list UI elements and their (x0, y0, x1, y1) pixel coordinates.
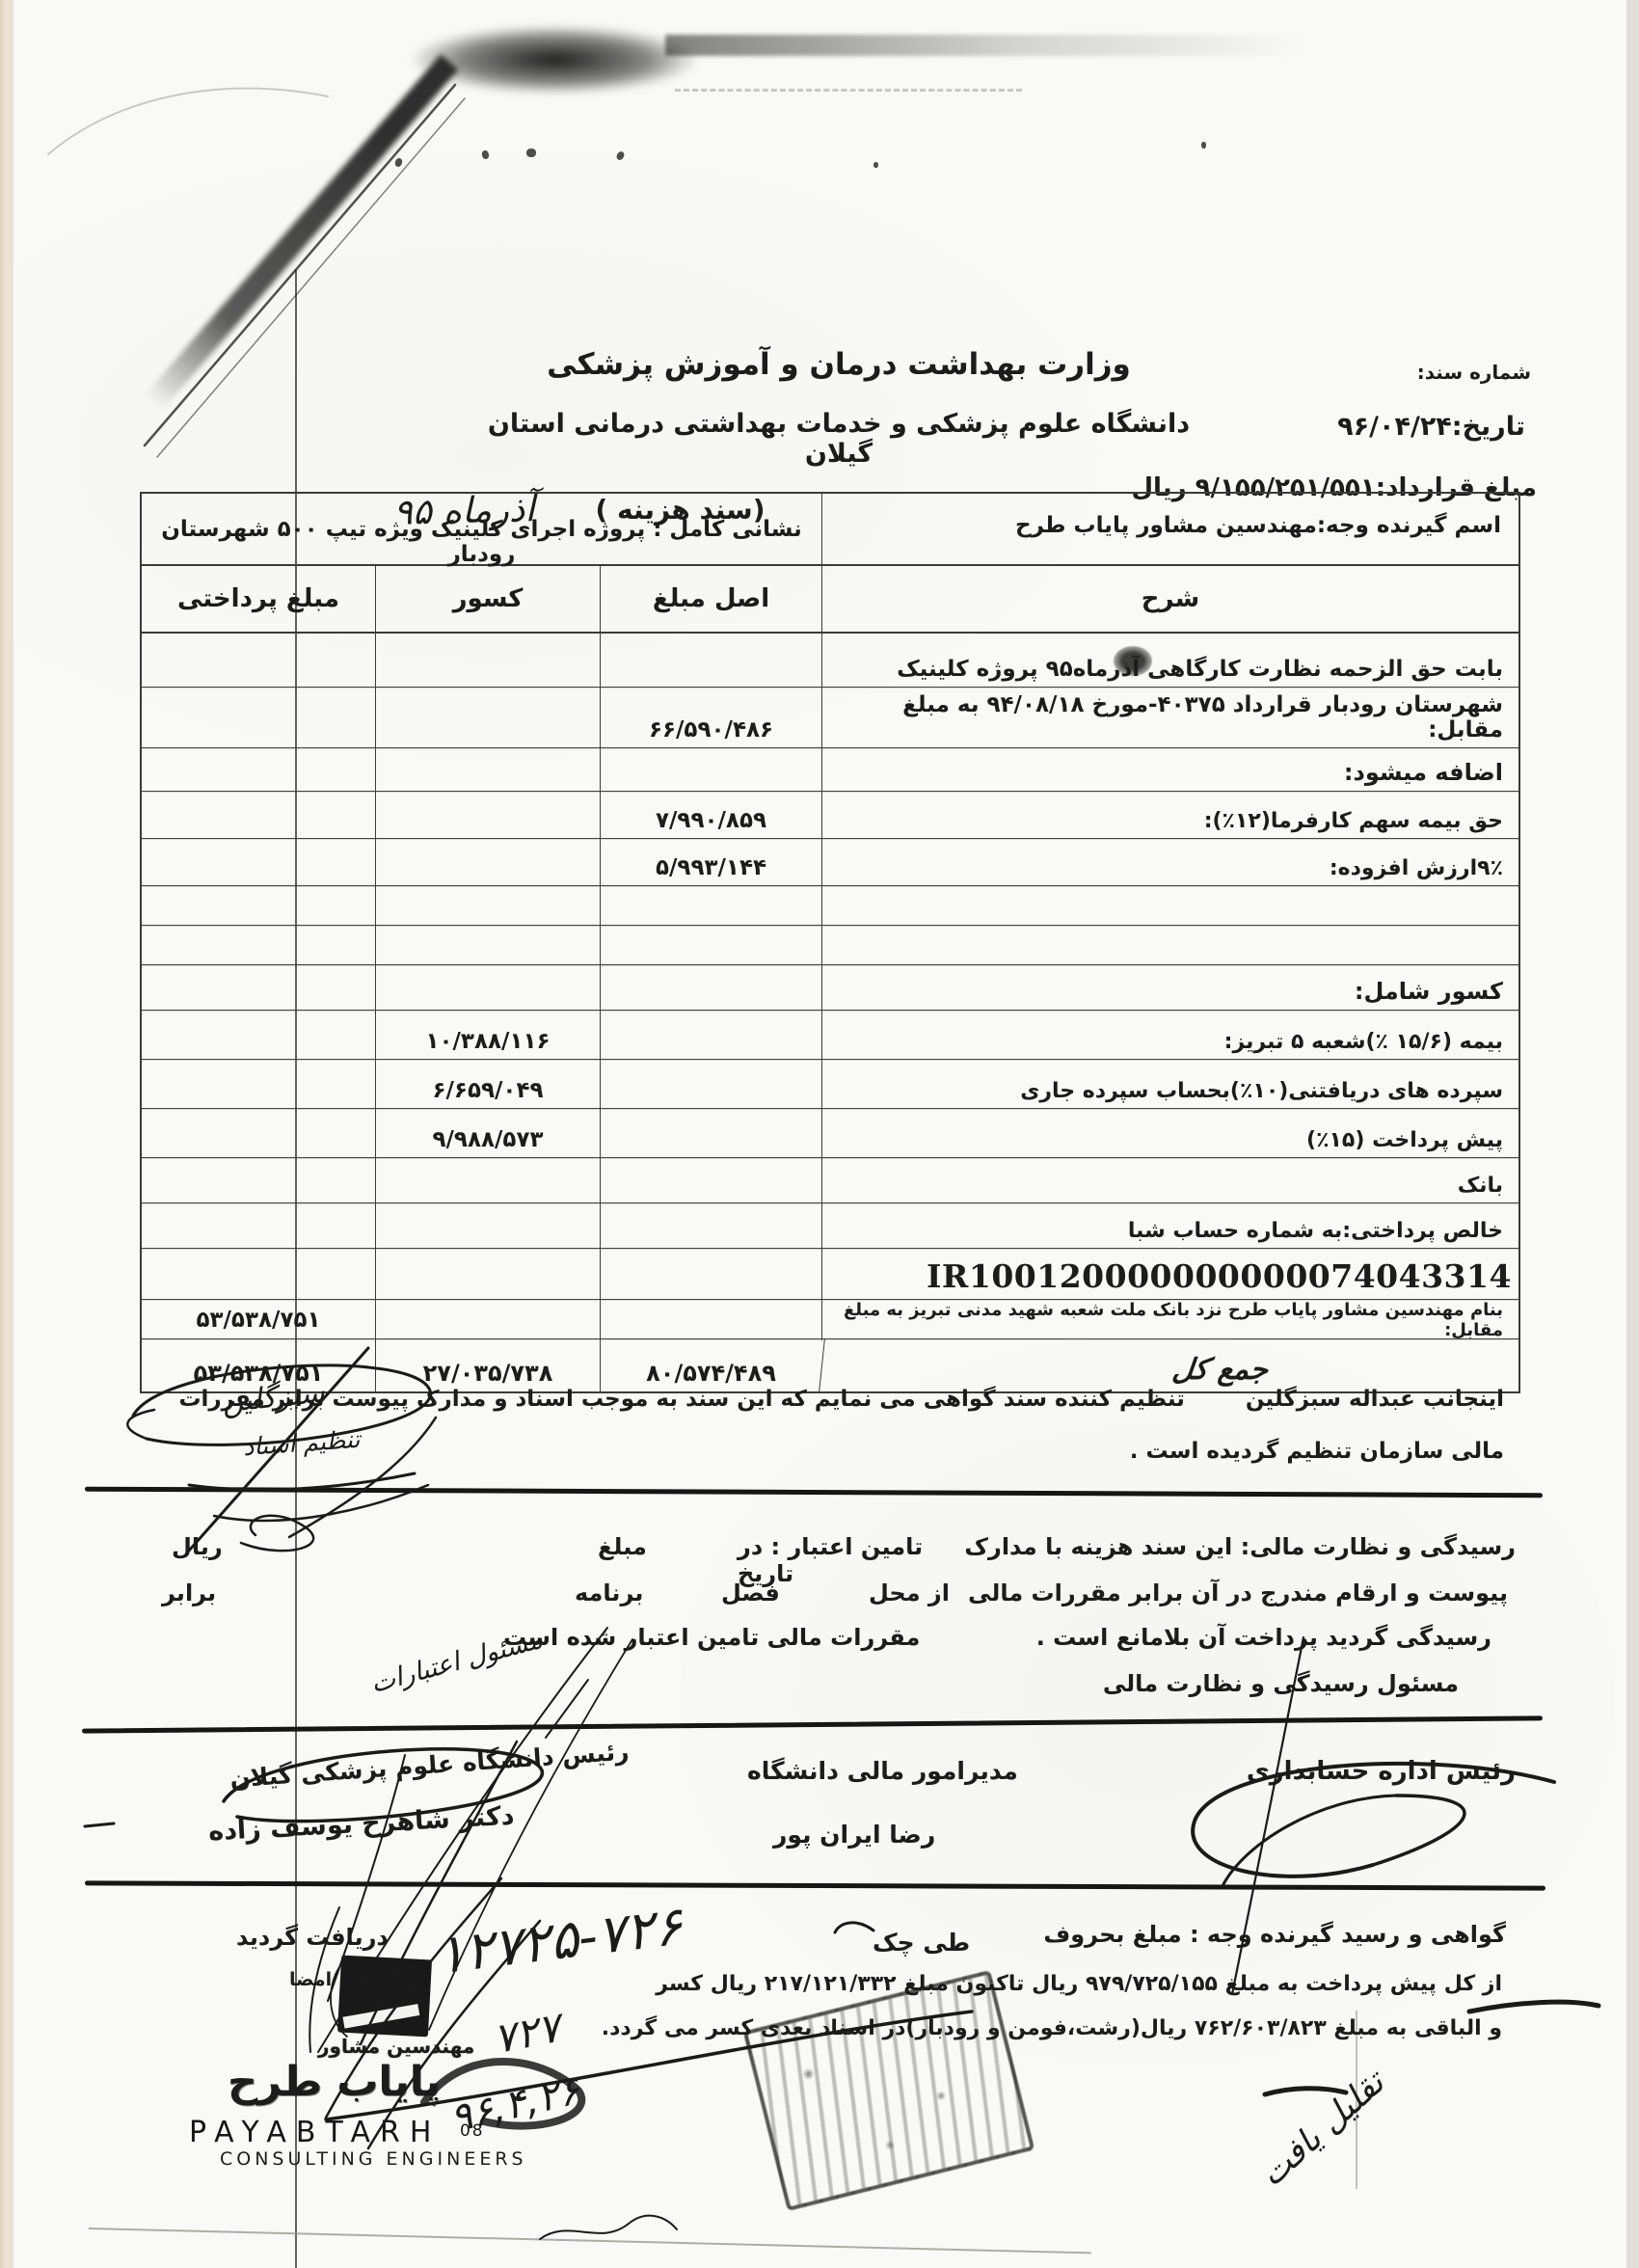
table-row (142, 886, 1518, 926)
cell-paid (142, 748, 375, 791)
cell-principal (600, 1249, 821, 1299)
scan-speck (394, 157, 404, 168)
signature-stamp-block (337, 1956, 432, 2038)
cell-desc: جمع کل (819, 1339, 1521, 1391)
certifier-name: اینجانب عبداله سبزگلین (1246, 1387, 1504, 1412)
receipt-certify-label: گواهی و رسید گیرنده وجه : (1190, 1921, 1506, 1948)
amount-in-words-label: مبلغ بحروف (1043, 1921, 1181, 1948)
table-row: کسور شامل: (142, 965, 1518, 1011)
section-divider-line (85, 1880, 1545, 1890)
credit-amount-label: مبلغ (598, 1533, 647, 1560)
finance-director-label: مدیرامور مالی دانشگاه (747, 1757, 1018, 1785)
section-divider-line (82, 1715, 1543, 1733)
expense-table: اسم گیرنده وجه:مهندسین مشاور پایاب طرح ن… (140, 492, 1520, 1393)
table-row: IR100120000000000074043314 (142, 1249, 1518, 1300)
payee-name: اسم گیرنده وجه:مهندسین مشاور پایاب طرح (821, 494, 1518, 567)
stamp-consulting-engineers-fa: مهندسین مشاور (318, 2035, 474, 2058)
handwritten-reduced-note: تقلیل یافت (1252, 2064, 1392, 2195)
table-row: اضافه میشود: (142, 748, 1518, 792)
scan-speck (526, 148, 536, 157)
cell-deduction (375, 1300, 600, 1340)
cell-desc (821, 886, 1518, 925)
column-header-description: شرح (821, 566, 1518, 632)
cell-principal (600, 1109, 821, 1157)
cell-desc: پیش پرداخت (۱۵٪) (821, 1109, 1518, 1157)
table-row: خالص پرداختی:به شماره حساب شبا (142, 1203, 1518, 1249)
cell-paid (142, 1060, 375, 1108)
cell-desc: بنام مهندسین مشاور پایاب طرح نزد بانک مل… (821, 1300, 1518, 1340)
handwritten-number: ۷۲۷ (490, 2004, 565, 2064)
cell-deduction (375, 926, 600, 964)
review-line2: پیوست و ارقام مندرج در آن برابر مقررات م… (968, 1579, 1508, 1606)
section-divider-line (85, 1487, 1543, 1498)
column-header-paid: مبلغ پرداختی (142, 566, 375, 632)
scan-blot-artifact (410, 25, 699, 94)
by-cheque-label: طی چک (873, 1929, 970, 1957)
university-president-name: دکتر شاهرخ یوسف زاده (207, 1801, 515, 1848)
cell-principal (600, 926, 821, 964)
scan-speck (1201, 142, 1206, 148)
scan-speck (481, 149, 490, 160)
cell-principal (600, 1203, 821, 1248)
cell-principal (600, 1300, 821, 1340)
cell-principal: ۶۶/۵۹۰/۴۸۶ (600, 688, 821, 747)
cell-paid (142, 839, 375, 885)
credit-provided-label: مقررات مالی تامین اعتبار شده است (503, 1624, 920, 1651)
cell-deduction (375, 1158, 600, 1202)
table-row: پیش پرداخت (۱۵٪)۹/۹۸۸/۵۷۳ (142, 1109, 1518, 1158)
cell-desc (821, 926, 1518, 964)
cell-principal (600, 1158, 821, 1202)
scan-streak-artifact (665, 35, 1302, 56)
cell-principal (600, 1011, 821, 1059)
cell-paid: ۵۳/۵۳۸/۷۵۱ (142, 1300, 375, 1340)
cell-principal (600, 748, 821, 791)
cell-paid (142, 1203, 375, 1248)
scan-dots-artifact (675, 89, 1022, 92)
scan-speck (873, 162, 878, 168)
cell-paid (142, 792, 375, 838)
university-president-label: رئیس دانشگاه علوم پزشکی گیلان (228, 1738, 630, 1794)
cell-paid (142, 634, 375, 687)
cell-deduction (375, 792, 600, 838)
document-date: تاریخ:۹۶/۰۴/۲۴ (1337, 412, 1525, 442)
accounting-head-label: رئیس اداره حسابداری (1247, 1757, 1516, 1786)
review-line3: رسیدگی گردید پرداخت آن بلامانع است . (1036, 1624, 1491, 1651)
cell-principal (600, 634, 821, 687)
prepayment-note-line: از کل پیش پرداخت به مبلغ ۹۷۹/۷۲۵/۱۵۵ ریا… (656, 1972, 1502, 1996)
cell-deduction (375, 839, 600, 885)
cell-deduction (375, 1203, 600, 1248)
paper-right-edge-artifact (1626, 0, 1639, 2268)
cell-desc: بیمه (۱۵/۶ ٪)شعبه ۵ تبریز: (821, 1011, 1518, 1059)
stamp-company-name-en: PAYABTARH 08 (189, 2116, 485, 2149)
expense-table-body: بابت حق الزحمه نظارت کارگاهی آذرماه۹۵ پر… (142, 634, 1518, 1391)
stamp-company-name-fa: پایاب طرح (228, 2058, 441, 2106)
document-number-label: شماره سند: (1417, 361, 1531, 384)
handwritten-credit-officer: مسئول اعتبارات (367, 1625, 546, 1699)
paper-left-edge-artifact (0, 0, 13, 2268)
cell-deduction: ۲۷/۰۳۵/۷۳۸ (375, 1339, 600, 1391)
column-header-deductions: کسور (375, 566, 600, 632)
cell-paid (142, 1011, 375, 1059)
table-row: بنام مهندسین مشاور پایاب طرح نزد بانک مل… (142, 1300, 1518, 1339)
payee-address: نشانی کامل : پروژه اجرای کلینیک ویژه تیپ… (142, 494, 821, 567)
handwritten-cheque-number: ۱۲۷۲۵-۷۲۶ (433, 1895, 685, 1986)
received-label: دریافت گردید (236, 1924, 389, 1951)
paper-bottom-edge-line (89, 2227, 1091, 2254)
scan-smudge-artifact (144, 54, 458, 411)
cell-desc: خالص پرداختی:به شماره حساب شبا (821, 1203, 1518, 1248)
cell-principal: ۷/۹۹۰/۸۵۹ (600, 792, 821, 838)
table-row (142, 926, 1518, 965)
cell-paid (142, 688, 375, 747)
table-header-row: شرح اصل مبلغ کسور مبلغ پرداختی (142, 566, 1518, 634)
cell-desc: کسور شامل: (821, 965, 1518, 1010)
cell-desc: ۹٪ارزش افزوده: (821, 839, 1518, 885)
scanned-expense-voucher: وزارت بهداشت درمان و آموزش پزشکی دانشگاه… (0, 0, 1639, 2268)
cell-desc: سپرده های دریافتنی(۱۰٪)بحساب سپرده جاری (821, 1060, 1518, 1108)
cell-deduction: ۱۰/۳۸۸/۱۱۶ (375, 1011, 600, 1059)
table-row: حق بیمه سهم کارفرما(۱۲٪):۷/۹۹۰/۸۵۹ (142, 792, 1518, 839)
review-line1: رسیدگی و نظارت مالی: این سند هزینه با مد… (964, 1533, 1516, 1560)
credit-chapter-label: فصل (721, 1579, 780, 1606)
table-row: جمع کل۸۰/۵۷۴/۴۸۹۲۷/۰۳۵/۷۳۸۵۳/۵۳۸/۷۵۱ (142, 1339, 1518, 1391)
cell-desc: شهرستان رودبار قرارداد ۴۰۳۷۵-مورخ ۹۴/۰۸/… (821, 688, 1518, 747)
university-title: دانشگاه علوم پزشکی و خدمات بهداشتی درمان… (453, 409, 1224, 469)
credit-source-label: از محل (869, 1579, 950, 1606)
table-row: بیمه (۱۵/۶ ٪)شعبه ۵ تبریز:۱۰/۳۸۸/۱۱۶ (142, 1011, 1518, 1060)
table-row: شهرستان رودبار قرارداد ۴۰۳۷۵-مورخ ۹۴/۰۸/… (142, 688, 1518, 748)
review-officer-label: مسئول رسیدگی و نظارت مالی (1103, 1670, 1459, 1697)
table-row: بابت حق الزحمه نظارت کارگاهی آذرماه۹۵ پر… (142, 634, 1518, 688)
cell-deduction (375, 688, 600, 747)
cell-deduction (375, 886, 600, 925)
cell-desc: بابت حق الزحمه نظارت کارگاهی آذرماه۹۵ پر… (821, 634, 1518, 687)
cell-principal: ۵/۹۹۳/۱۴۴ (600, 839, 821, 885)
currency-label: ریال (172, 1533, 223, 1560)
cell-desc: حق بیمه سهم کارفرما(۱۲٪): (821, 792, 1518, 838)
table-row: سپرده های دریافتنی(۱۰٪)بحساب سپرده جاری۶… (142, 1060, 1518, 1109)
certifier-statement: تنظیم کننده سند گواهی می نمایم که این سن… (178, 1387, 1184, 1412)
cell-deduction (375, 1249, 600, 1299)
finance-director-name: رضا ایران پور (773, 1821, 935, 1849)
cell-paid (142, 1249, 375, 1299)
column-header-principal: اصل مبلغ (600, 566, 821, 632)
cell-paid (142, 1158, 375, 1202)
cell-principal (600, 1060, 821, 1108)
cell-desc: اضافه میشود: (821, 748, 1518, 791)
remainder-note-line: و الباقی به مبلغ ۷۶۲/۶۰۳/۸۲۳ ریال(رشت،فو… (602, 2016, 1502, 2040)
stamp-consulting-engineers-en: CONSULTING ENGINEERS (220, 2148, 527, 2170)
payee-info-row: اسم گیرنده وجه:مهندسین مشاور پایاب طرح ن… (142, 494, 1518, 566)
cell-principal (600, 965, 821, 1010)
tilted-ink-stamp (743, 1970, 1035, 2211)
signature-label: امضا (289, 1969, 332, 1990)
cell-deduction (375, 748, 600, 791)
handwritten-signer-role: تنظیم اسناد (242, 1425, 361, 1461)
cell-desc: IR100120000000000074043314 (821, 1249, 1518, 1299)
cell-paid (142, 1109, 375, 1157)
certifier-statement-line2: مالی سازمان تنظیم گردیده است . (1130, 1439, 1504, 1464)
ministry-title: وزارت بهداشت درمان و آموزش پزشکی (472, 347, 1205, 382)
table-row: ۹٪ارزش افزوده:۵/۹۹۳/۱۴۴ (142, 839, 1518, 886)
equal-label: برابر (162, 1579, 216, 1606)
cell-deduction (375, 634, 600, 687)
stamp-registration-number: 08 (460, 2121, 485, 2141)
cell-paid (142, 886, 375, 925)
cell-principal: ۸۰/۵۷۴/۴۸۹ (600, 1339, 821, 1391)
cell-deduction: ۹/۹۸۸/۵۷۳ (375, 1109, 600, 1157)
table-row: بانک (142, 1158, 1518, 1203)
cell-paid (142, 965, 375, 1010)
credit-program-label: برنامه (575, 1579, 643, 1606)
cell-deduction: ۶/۶۵۹/۰۴۹ (375, 1060, 600, 1108)
stamp-latin-text: PAYABTARH (189, 2116, 441, 2149)
cell-deduction (375, 965, 600, 1010)
cell-desc: بانک (821, 1158, 1518, 1202)
cell-paid (142, 926, 375, 964)
scan-speck (615, 150, 626, 161)
receipt-certify-line: گواهی و رسید گیرنده وجه : مبلغ بحروف (1003, 1921, 1506, 1948)
cell-principal (600, 886, 821, 925)
